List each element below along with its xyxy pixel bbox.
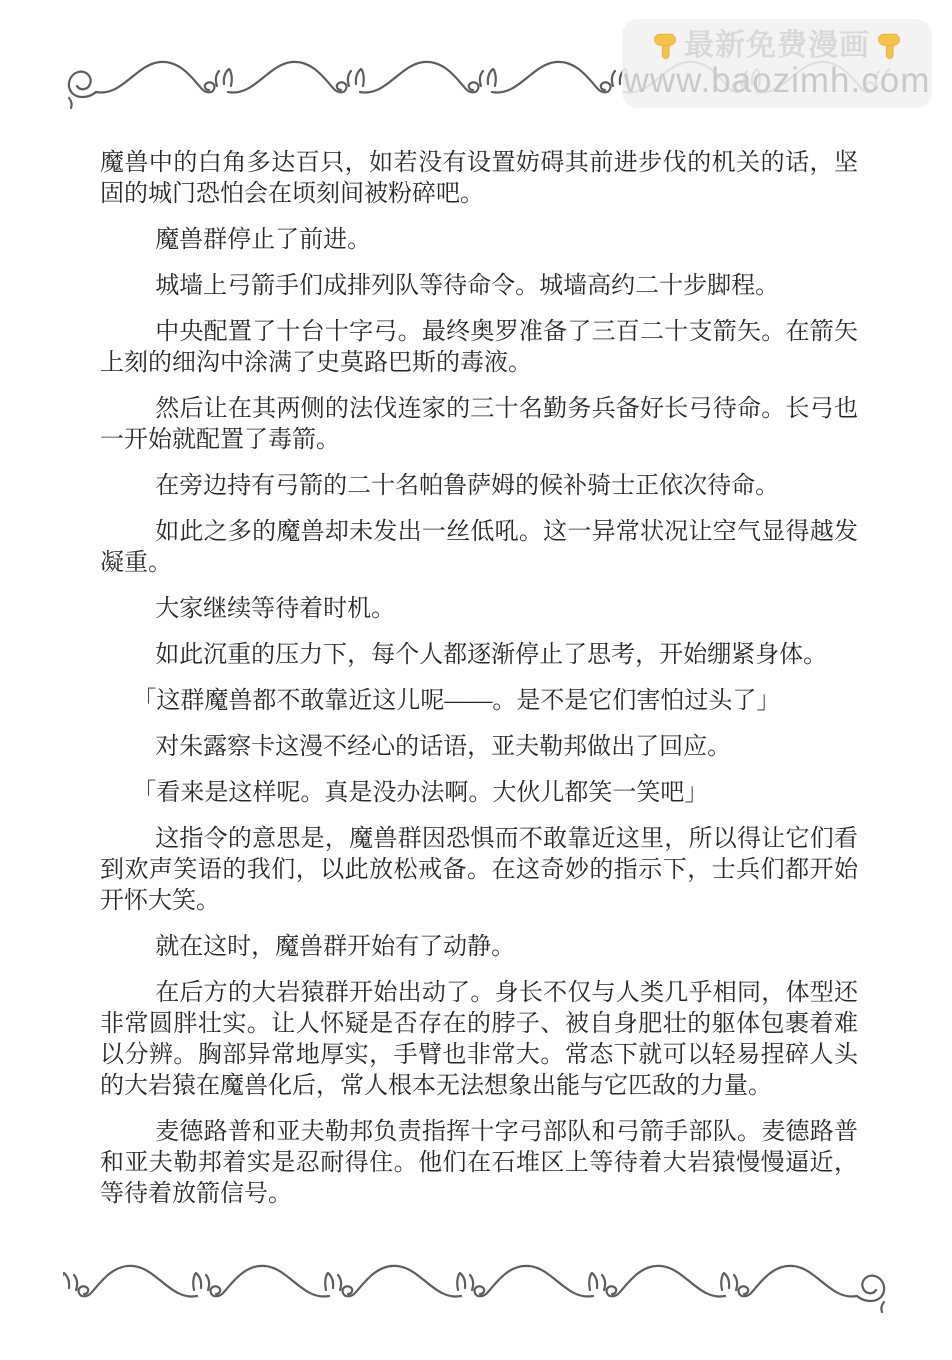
paragraph: 在旁边持有弓箭的二十名帕鲁萨姆的候补骑士正依次待命。	[100, 471, 858, 502]
paragraph: 在后方的大岩猿群开始出动了。身长不仅与人类几乎相同，体型还非常圆胖壮实。让人怀疑…	[100, 978, 858, 1102]
text-block: 魔兽中的白角多达百只，如若没有设置妨碍其前进步伐的机关的话，坚固的城门恐怕会在顷…	[100, 148, 858, 1225]
paragraph: 「看来是这样呢。真是没办法啊。大伙儿都笑一笑吧」	[100, 778, 858, 809]
paragraph: 城墙上弓箭手们成排列队等待命令。城墙高约二十步脚程。	[100, 271, 858, 302]
paragraph: 如此沉重的压力下，每个人都逐渐停止了思考，开始绷紧身体。	[100, 640, 858, 671]
watermark-title: 最新免费漫画	[651, 30, 903, 62]
paragraph: 这指令的意思是，魔兽群因恐惧而不敢靠近这里，所以得让它们看到欢声笑语的我们，以此…	[100, 824, 858, 917]
paragraph: 就在这时，魔兽群开始有了动静。	[100, 932, 858, 963]
paragraph: 魔兽群停止了前进。	[100, 225, 858, 256]
bottom-flourish-divider-icon	[63, 1256, 891, 1314]
paragraph: 对朱露察卡这漫不经心的话语，亚夫勒邦做出了回应。	[100, 732, 858, 763]
point-down-emoji-icon	[651, 30, 679, 62]
paragraph: 然后让在其两侧的法伐连家的三十名勤务兵备好长弓待命。长弓也一开始就配置了毒箭。	[100, 394, 858, 456]
point-down-emoji-icon	[875, 30, 903, 62]
paragraph: 麦德路普和亚夫勒邦负责指挥十字弓部队和弓箭手部队。麦德路普和亚夫勒邦着实是忍耐得…	[100, 1117, 858, 1210]
paragraph: 魔兽中的白角多达百只，如若没有设置妨碍其前进步伐的机关的话，坚固的城门恐怕会在顷…	[100, 148, 858, 210]
watermark-overlay[interactable]: 最新免费漫画 www.baozimh.com	[622, 19, 932, 108]
paragraph: 大家继续等待着时机。	[100, 594, 858, 625]
paragraph: 如此之多的魔兽却未发出一丝低吼。这一异常状况让空气显得越发凝重。	[100, 517, 858, 579]
watermark-url: www.baozimh.com	[624, 63, 931, 98]
paragraph: 「这群魔兽都不敢靠近这儿呢——。是不是它们害怕过头了」	[100, 686, 858, 717]
watermark-title-text: 最新免费漫画	[684, 31, 870, 61]
paragraph: 中央配置了十台十字弓。最终奥罗准备了三百二十支箭矢。在箭矢上刻的细沟中涂满了史莫…	[100, 317, 858, 379]
novel-page: 最新免费漫画 www.baozimh.com 魔兽中的白角多达百只，如若没有设置…	[0, 0, 952, 1360]
